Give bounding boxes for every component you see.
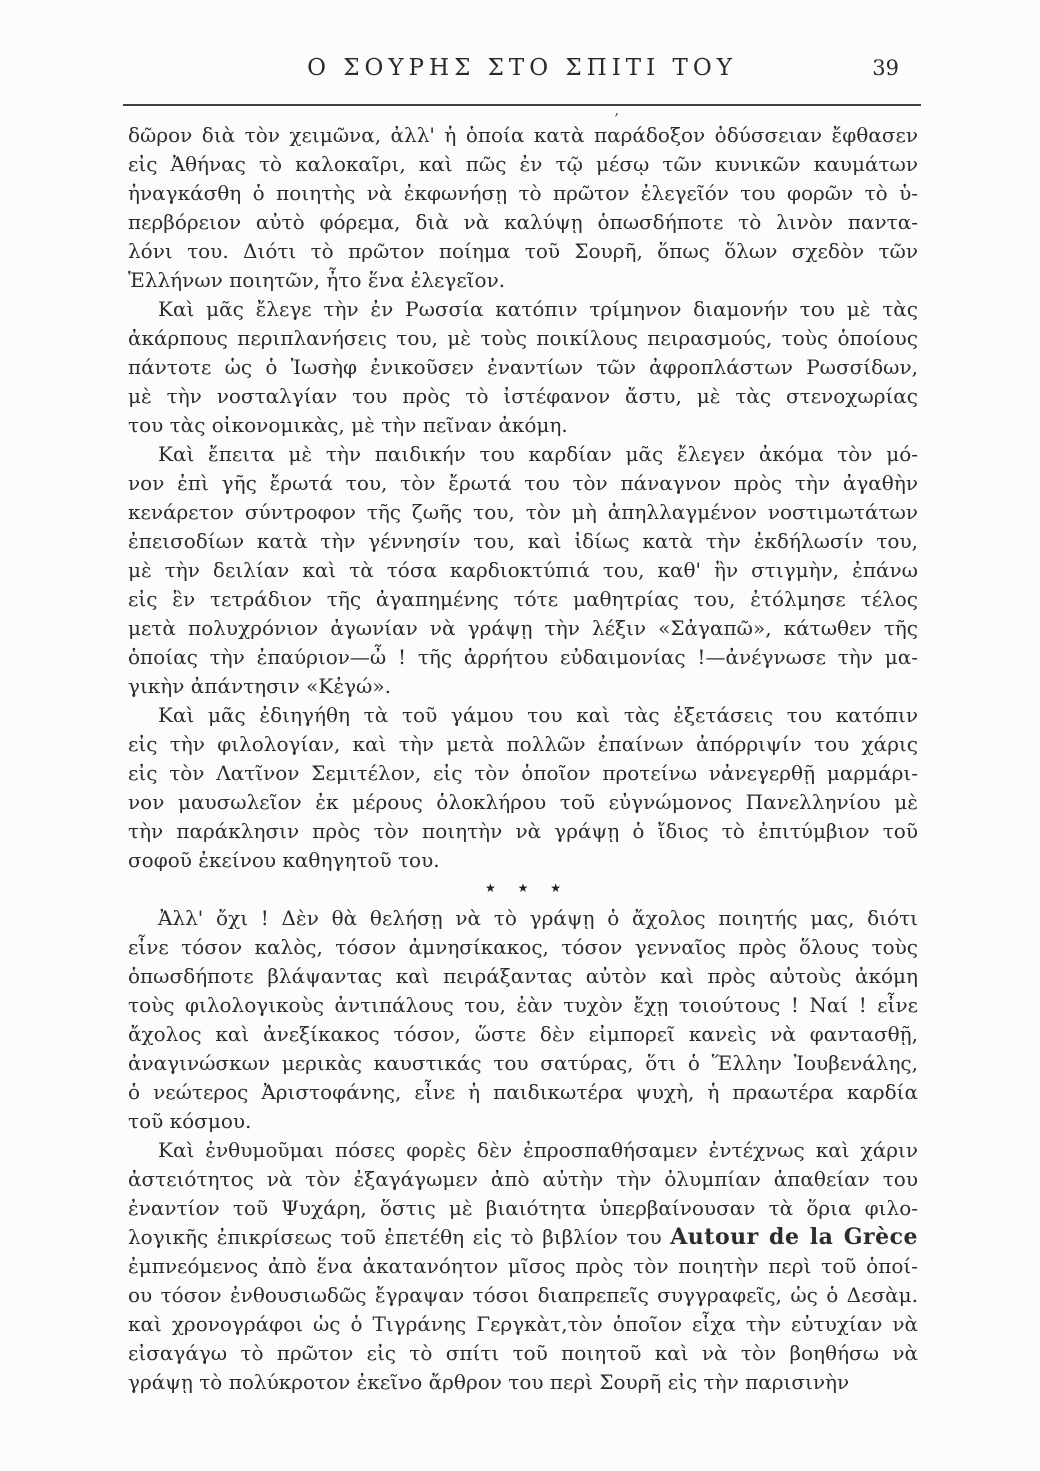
text-line: τὴν παράκλησιν πρὸς τὸν ποιητὴν νὰ γράψῃ…	[128, 817, 918, 846]
text-line: Καὶ μᾶς ἔλεγε τὴν ἐν Ρωσσία κατόπιν τρίμ…	[128, 295, 918, 324]
text-line: τοὺς φιλολογικοὺς ἀντιπάλους του, ἐὰν τυ…	[128, 991, 918, 1020]
section-divider-stars: ★ ★ ★	[128, 875, 918, 904]
text-line: ὁποίας τὴν ἐπαύριον—ὦ ! τῆς ἀρρήτου εὐδα…	[128, 643, 918, 672]
text-line: Καὶ ἔπειτα μὲ τὴν παιδικήν του καρδίαν μ…	[128, 440, 918, 469]
text-line: εἰς τὴν φιλολογίαν, καὶ τὴν μετὰ πολλῶν …	[128, 730, 918, 759]
paragraph: Καὶ μᾶς ἐδιηγήθη τὰ τοῦ γάμου του καὶ τὰ…	[128, 701, 918, 875]
running-title: Ο ΣΟΥΡΗΣ ΣΤΟ ΣΠΙΤΙ ΤΟΥ	[123, 55, 921, 81]
text-line: Ἑλλήνων ποιητῶν, ἦτο ἕνα ἐλεγεῖον.	[128, 266, 918, 295]
text-line: Ἀλλ' ὄχι ! Δὲν θὰ θελήσῃ νὰ τὸ γράψῃ ὁ ἄ…	[128, 904, 918, 933]
text-line: ἄχολος καὶ ἀνεξίκακος τόσον, ὥστε δὲν εἰ…	[128, 1020, 918, 1049]
page-number: 39	[872, 56, 899, 80]
text-line: ἀναγινώσκων μερικὰς καυστικάς του σατύρα…	[128, 1049, 918, 1078]
text-line: περβόρειον αὐτὸ φόρεμα, διὰ νὰ καλύψῃ ὁπ…	[128, 208, 918, 237]
page-header: Ο ΣΟΥΡΗΣ ΣΤΟ ΣΠΙΤΙ ΤΟΥ 39	[123, 55, 921, 85]
text-line: Καὶ μᾶς ἐδιηγήθη τὰ τοῦ γάμου του καὶ τὰ…	[128, 701, 918, 730]
paragraph: Καὶ μᾶς ἔλεγε τὴν ἐν Ρωσσία κατόπιν τρίμ…	[128, 295, 918, 440]
book-page: Ο ΣΟΥΡΗΣ ΣΤΟ ΣΠΙΤΙ ΤΟΥ 39 ’ δῶρον διὰ τὸ…	[0, 0, 1040, 1471]
text-line: εἰς τὸν Λατῖνον Σεμιτέλον, εἰς τὸν ὁποῖο…	[128, 759, 918, 788]
text-line: μὲ τὴν δειλίαν καὶ τὰ τόσα καρδιοκτύπιά …	[128, 556, 918, 585]
text-line: ἠναγκάσθη ὁ ποιητὴς νὰ ἐκφωνήσῃ τὸ πρῶτο…	[128, 179, 918, 208]
text-line: ἐναντίον τοῦ Ψυχάρη, ὅστις μὲ βιαιότητα …	[128, 1194, 918, 1223]
text-line: εἰς ἓν τετράδιον τῆς ἀγαπημένης τότε μαθ…	[128, 585, 918, 614]
text-line: τοῦ κόσμου.	[128, 1107, 918, 1136]
paragraph: Ἀλλ' ὄχι ! Δὲν θὰ θελήσῃ νὰ τὸ γράψῃ ὁ ἄ…	[128, 904, 918, 1136]
text-line: Καὶ ἐνθυμοῦμαι πόσες φορὲς δὲν ἐπροσπαθή…	[128, 1136, 918, 1165]
text-line: κενάρετον σύντροφον τῆς ζωῆς του, τὸν μὴ…	[128, 498, 918, 527]
text-line: μὲ τὴν νοσταλγίαν του πρὸς τὸ ἰστέφανον …	[128, 382, 918, 411]
text-line: λογικῆς ἐπικρίσεως τοῦ ἐπετέθη εἰς τὸ βι…	[128, 1223, 918, 1252]
text-line: εἰς Ἀθήνας τὸ καλοκαῖρι, καὶ πῶς ἐν τῷ μ…	[128, 150, 918, 179]
latin-book-title: Autour de la Grèce	[670, 1224, 918, 1250]
text-line: του τὰς οἰκονομικὰς, μὲ τὴν πεῖναν ἀκόμη…	[128, 411, 918, 440]
header-rule	[123, 104, 921, 106]
text-line: ἀκάρπους περιπλανήσεις του, μὲ τοὺς ποικ…	[128, 324, 918, 353]
text-line: εἶνε τόσον καλὸς, τόσον ἀμνησίκακος, τόσ…	[128, 933, 918, 962]
text-line: ου τόσον ἐνθουσιωδῶς ἔγραψαν τόσοι διαπρ…	[128, 1281, 918, 1310]
text-line: δῶρον διὰ τὸν χειμῶνα, ἀλλ' ἡ ὁποία κατὰ…	[128, 121, 918, 150]
text-line: λόνι του. Διότι τὸ πρῶτον ποίημα τοῦ Σου…	[128, 237, 918, 266]
paragraph: Καὶ ἔπειτα μὲ τὴν παιδικήν του καρδίαν μ…	[128, 440, 918, 701]
text-line: γικὴν ἀπάντησιν «Κἐγώ».	[128, 672, 918, 701]
text-line: πάντοτε ὡς ὁ Ἰωσὴφ ἐνικοῦσεν ἐναντίων τῶ…	[128, 353, 918, 382]
paragraph: δῶρον διὰ τὸν χειμῶνα, ἀλλ' ἡ ὁποία κατὰ…	[128, 121, 918, 295]
text-line: ὁπωσδήποτε βλάψαντας καὶ πειράξαντας αὐτ…	[128, 962, 918, 991]
text-line: γράψῃ τὸ πολύκροτον ἐκεῖνο ἄρθρον του πε…	[128, 1368, 918, 1397]
text-line: ἐπεισοδίων κατὰ τὴν γέννησίν του, καὶ ἰδ…	[128, 527, 918, 556]
text-line: ὁ νεώτερος Ἀριστοφάνης, εἶνε ἡ παιδικωτέ…	[128, 1078, 918, 1107]
text-line: ἐμπνεόμενος ἀπὸ ἕνα ἀκατανόητον μῖσος πρ…	[128, 1252, 918, 1281]
text-line: νον ἐπὶ γῆς ἔρωτά του, τὸν ἔρωτά του τὸν…	[128, 469, 918, 498]
text-line: εἰσαγάγω τὸ πρῶτον εἰς τὸ σπίτι τοῦ ποιη…	[128, 1339, 918, 1368]
text-line: σοφοῦ ἐκείνου καθηγητοῦ του.	[128, 846, 918, 875]
text-line: ἀστειότητος νὰ τὸν ἐξαγάγωμεν ἀπὸ αὐτὴν …	[128, 1165, 918, 1194]
text-segment: λογικῆς ἐπικρίσεως τοῦ ἐπετέθη εἰς τὸ βι…	[128, 1225, 670, 1249]
text-line: μετὰ πολυχρόνιον ἀγωνίαν νὰ γράψῃ τὴν λέ…	[128, 614, 918, 643]
text-line: νον μαυσωλεῖον ἐκ μέρους ὁλοκλήρου τοῦ ε…	[128, 788, 918, 817]
page-body: δῶρον διὰ τὸν χειμῶνα, ἀλλ' ἡ ὁποία κατὰ…	[128, 121, 918, 1397]
text-line: καὶ χρονογράφοι ὡς ὁ Τιγράνης Γεργκὰτ,τὸ…	[128, 1310, 918, 1339]
paragraph: Καὶ ἐνθυμοῦμαι πόσες φορὲς δὲν ἐπροσπαθή…	[128, 1136, 918, 1397]
